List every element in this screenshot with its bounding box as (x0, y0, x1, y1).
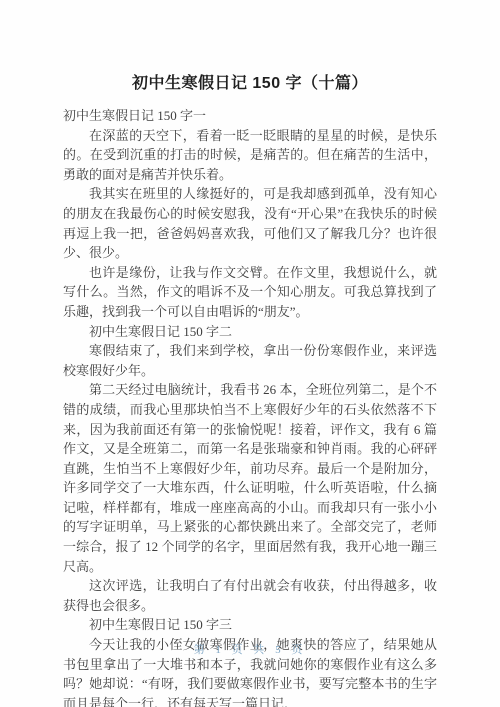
paragraph: 在深蓝的天空下，看着一眨一眨眼睛的星星的时候，是快乐的。在受到沉重的打击的时候，… (63, 126, 437, 185)
paragraph: 寒假结束了，我们来到学校，拿出一份份寒假作业，来评选校寒假好少年。 (63, 341, 437, 380)
paragraph: 这次评选，让我明白了有付出就会有收获，付出得越多，收获得也会很多。 (63, 576, 437, 615)
document-title: 初中生寒假日记 150 字（十篇） (0, 0, 500, 96)
paragraph: 第二天经过电脑统计，我看书 26 本，全班位列第二，是个不错的成绩，而我心里那块… (63, 380, 437, 576)
paragraph: 也许是缘份，让我与作文交臂。在作文里，我想说什么，就写什么。当然，作文的唱诉不及… (63, 263, 437, 322)
page-footer: 第 1 页 共 5 页 (0, 642, 500, 658)
section-heading: 初中生寒假日记 150 字三 (63, 615, 437, 635)
document-page: 初中生寒假日记 150 字（十篇） 初中生寒假日记 150 字一 在深蓝的天空下… (0, 0, 500, 707)
document-body: 初中生寒假日记 150 字一 在深蓝的天空下，看着一眨一眨眼睛的星星的时候，是快… (63, 106, 437, 707)
section-heading: 初中生寒假日记 150 字二 (63, 322, 437, 342)
section-heading: 初中生寒假日记 150 字一 (63, 106, 437, 126)
page-number-indicator: 第 1 页 共 5 页 (194, 644, 307, 656)
paragraph: 我其实在班里的人缘挺好的，可是我却感到孤单，没有知心的朋友在我最伤心的时候安慰我… (63, 184, 437, 262)
